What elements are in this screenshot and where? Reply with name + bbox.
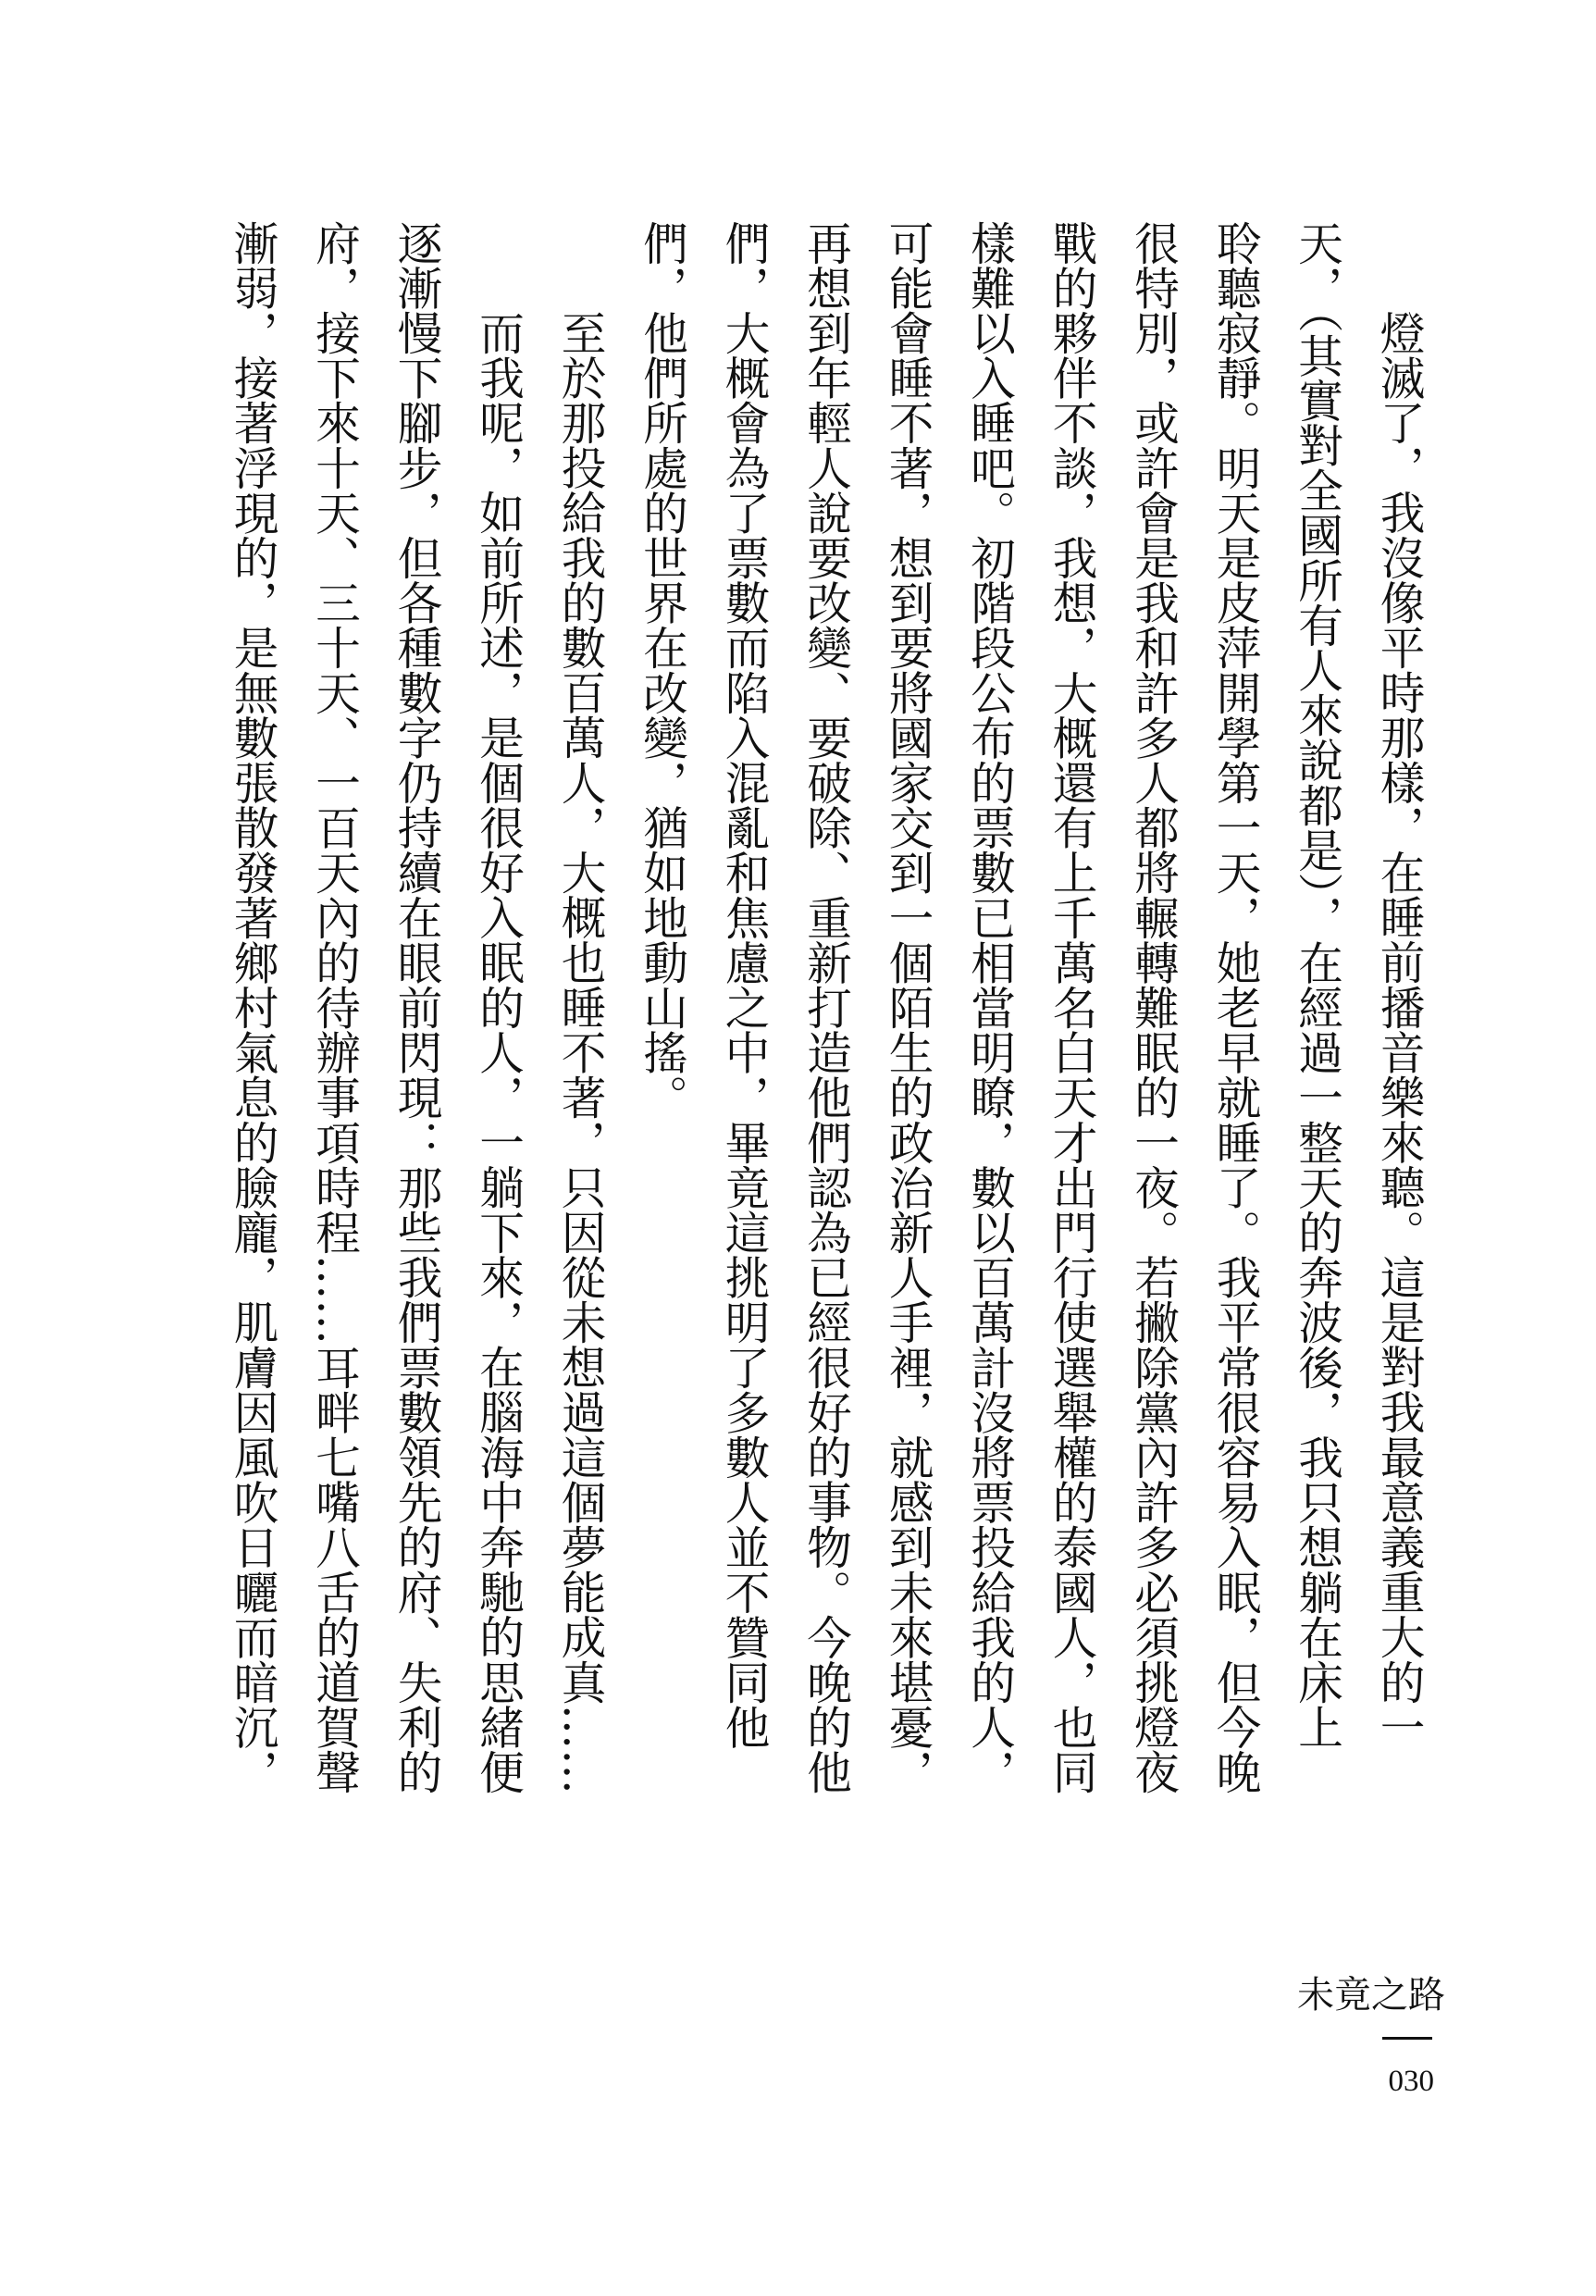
book-page: 燈滅了，我沒像平時那樣，在睡前播音樂來聽。這是對我最意義重大的一 天，（其實對全… [0, 0, 1596, 2296]
text-column-9: 們，大概會為了票數而陷入混亂和焦慮之中，畢竟這挑明了多數人並不贊同他 [702, 220, 785, 1849]
text-column-8: 再想到年輕人說要改變、要破除、重新打造他們認為已經很好的事物。今晚的他 [784, 220, 866, 1849]
text-column-15: 漸弱，接著浮現的，是無數張散發著鄉村氣息的臉龐，肌膚因風吹日曬而暗沉， [211, 220, 293, 1849]
text-column-4: 很特別，或許會是我和許多人都將輾轉難眠的一夜。若撇除黨內許多必須挑燈夜 [1111, 220, 1194, 1849]
body-text-vertical: 燈滅了，我沒像平時那樣，在睡前播音樂來聽。這是對我最意義重大的一 天，（其實對全… [211, 220, 1440, 1849]
text-column-14: 府，接下來十天、三十天、一百天內的待辦事項時程……耳畔七嘴八舌的道賀聲 [292, 220, 375, 1849]
text-column-13: 逐漸慢下腳步，但各種數字仍持續在眼前閃現：那些我們票數領先的府、失利的 [375, 220, 457, 1849]
text-column-5: 戰的夥伴不談，我想，大概還有上千萬名白天才出門行使選舉權的泰國人，也同 [1030, 220, 1112, 1849]
footer-divider [1382, 2037, 1432, 2040]
text-column-2: 天，（其實對全國所有人來說都是），在經過一整天的奔波後，我只想躺在床上 [1275, 220, 1357, 1849]
text-column-11: 至於那投給我的數百萬人，大概也睡不著，只因從未想過這個夢能成真…… [538, 220, 621, 1849]
running-footer-book-title: 未竟之路 [1297, 1973, 1445, 2017]
text-column-3: 聆聽寂靜。明天是皮萍開學第一天，她老早就睡了。我平常很容易入眠，但今晚 [1194, 220, 1276, 1849]
text-column-6: 樣難以入睡吧。初階段公布的票數已相當明瞭，數以百萬計沒將票投給我的人， [947, 220, 1030, 1849]
page-number: 030 [1382, 2064, 1434, 2099]
text-column-7: 可能會睡不著，想到要將國家交到一個陌生的政治新人手裡，就感到未來堪憂， [866, 220, 948, 1849]
text-column-12: 而我呢，如前所述，是個很好入眠的人，一躺下來，在腦海中奔馳的思緒便 [456, 220, 538, 1849]
text-column-1: 燈滅了，我沒像平時那樣，在睡前播音樂來聽。這是對我最意義重大的一 [1357, 220, 1440, 1849]
text-column-10: 們，他們所處的世界在改變，猶如地動山搖。 [620, 220, 702, 1849]
